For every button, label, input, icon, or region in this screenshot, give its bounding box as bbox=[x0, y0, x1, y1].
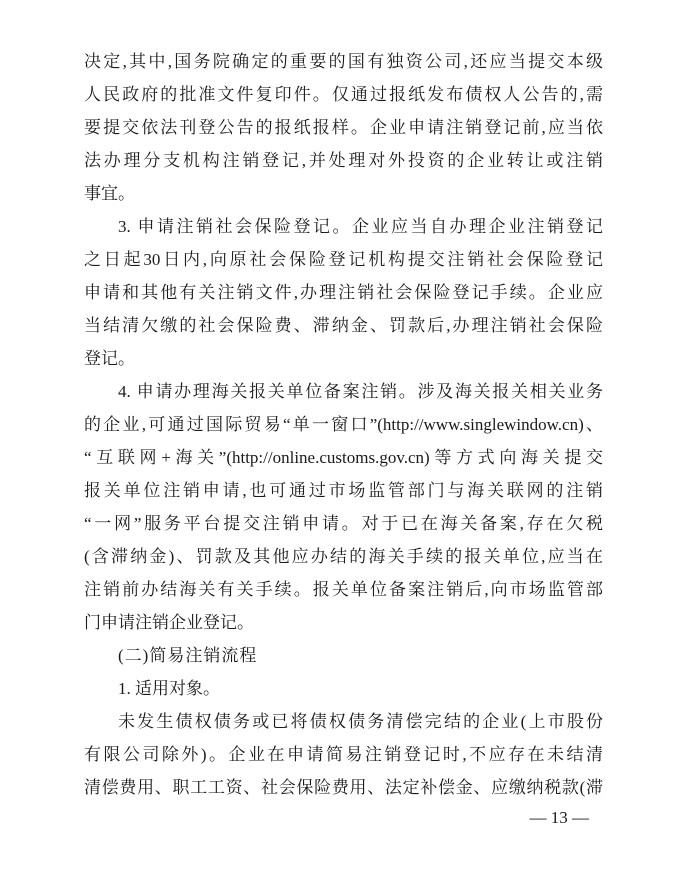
text-line: 决定,其中,国务院确定的重要的国有独资公司,还应当提交本级 bbox=[84, 45, 603, 78]
text-line-item-4: 4. 申请办理海关报关单位备案注销。涉及海关报关相关业务 bbox=[84, 375, 603, 408]
text-line: 报关单位注销申请,也可通过市场监管部门与海关联网的注销 bbox=[84, 474, 603, 507]
subsection-heading-applicable-objects: 1. 适用对象。 bbox=[84, 672, 603, 705]
text-line: 未发生债权债务或已将债权债务清偿完结的企业(上市股份 bbox=[84, 705, 603, 738]
text-line: 人民政府的批准文件复印件。仅通过报纸发布债权人公告的,需 bbox=[84, 78, 603, 111]
text-line: 要提交依法刊登公告的报纸报样。企业申请注销登记前,应当依 bbox=[84, 111, 603, 144]
text-line: 清偿费用、职工工资、社会保险费用、法定补偿金、应缴纳税款(滞 bbox=[84, 771, 603, 804]
text-line: 事宜。 bbox=[84, 177, 603, 210]
text-line: 登记。 bbox=[84, 342, 603, 375]
text-line: (含滞纳金)、罚款及其他应办结的海关手续的报关单位,应当在 bbox=[84, 540, 603, 573]
text-line-url-singlewindow: 的企业,可通过国际贸易“单一窗口”(http://www.singlewindo… bbox=[84, 408, 603, 441]
text-line: 之日起30日内,向原社会保险登记机构提交注销社会保险登记 bbox=[84, 243, 603, 276]
text-line: 法办理分支机构注销登记,并处理对外投资的企业转让或注销 bbox=[84, 144, 603, 177]
text-line: 门申请注销企业登记。 bbox=[84, 606, 603, 639]
page-number: — 13 — bbox=[530, 806, 590, 830]
text-line: “一网”服务平台提交注销申请。对于已在海关备案,存在欠税 bbox=[84, 507, 603, 540]
text-line: 申请和其他有关注销文件,办理注销社会保险登记手续。企业应 bbox=[84, 276, 603, 309]
text-line-item-3: 3. 申请注销社会保险登记。企业应当自办理企业注销登记 bbox=[84, 210, 603, 243]
body-text-block: 决定,其中,国务院确定的重要的国有独资公司,还应当提交本级 人民政府的批准文件复… bbox=[84, 45, 603, 804]
section-heading-simple-deregistration: (二)简易注销流程 bbox=[84, 639, 603, 672]
text-line: 当结清欠缴的社会保险费、滞纳金、罚款后,办理注销社会保险 bbox=[84, 309, 603, 342]
document-page: 决定,其中,国务院确定的重要的国有独资公司,还应当提交本级 人民政府的批准文件复… bbox=[0, 0, 684, 876]
text-line: 有限公司除外)。企业在申请简易注销登记时,不应存在未结清 bbox=[84, 738, 603, 771]
text-line: 注销前办结海关有关手续。报关单位备案注销后,向市场监管部 bbox=[84, 573, 603, 606]
text-line-url-customs: “互联网+海关”(http://online.customs.gov.cn)等方… bbox=[84, 441, 603, 474]
